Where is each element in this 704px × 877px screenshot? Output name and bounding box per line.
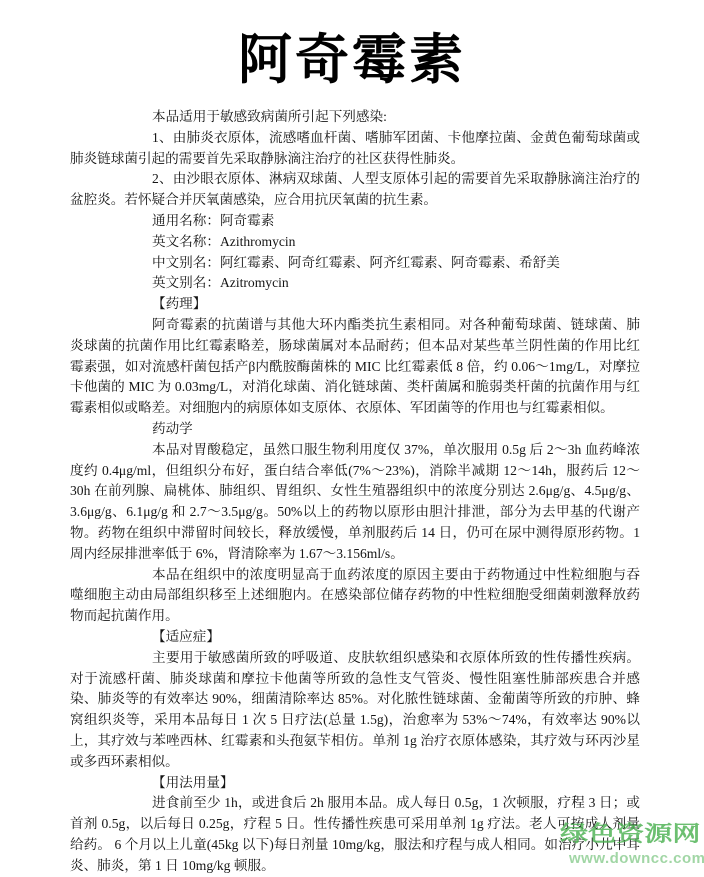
section-header: 【用法用量】 — [70, 773, 640, 794]
paragraph: 进食前至少 1h，或进食后 2h 服用本品。成人每日 0.5g，1 次顿服，疗程… — [70, 793, 640, 876]
list-item-paragraph: 2、由沙眼衣原体、淋病双球菌、人型支原体引起的需要首先采取静脉滴注治疗的盆腔炎。… — [70, 169, 640, 211]
paragraph: 本品在组织中的浓度明显高于血药浓度的原因主要由于药物通过中性粒细胞与吞噬细胞主动… — [70, 565, 640, 627]
paragraph: 主要用于敏感菌所致的呼吸道、皮肤软组织感染和衣原体所致的性传播性疾病。对于流感杆… — [70, 648, 640, 773]
section-header: 【适应症】 — [70, 627, 640, 648]
name-field-line: 中文别名：阿红霉素、阿奇红霉素、阿齐红霉素、阿奇霉素、希舒美 — [70, 253, 640, 274]
document-title: 阿奇霉素 — [0, 0, 704, 96]
paragraph: 阿奇霉素的抗菌谱与其他大环内酯类抗生素相同。对各种葡萄球菌、链球菌、肺炎球菌的抗… — [70, 315, 640, 419]
paragraph: 本品适用于敏感致病菌所引起下列感染: — [70, 107, 640, 128]
sub-header: 药动学 — [70, 419, 640, 440]
body-paragraphs: 本品适用于敏感致病菌所引起下列感染:1、由肺炎衣原体，流感嗜血杆菌、嗜肺军团菌、… — [70, 107, 640, 876]
name-field-line: 英文别名：Azitromycin — [70, 273, 640, 294]
name-field-line: 英文名称：Azithromycin — [70, 232, 640, 253]
section-header: 【药理】 — [70, 294, 640, 315]
name-field-line: 通用名称：阿奇霉素 — [70, 211, 640, 232]
document-page: 阿奇霉素 本品适用于敏感致病菌所引起下列感染:1、由肺炎衣原体，流感嗜血杆菌、嗜… — [0, 0, 704, 877]
paragraph: 本品对胃酸稳定，虽然口服生物利用度仅 37%，单次服用 0.5g 后 2～3h … — [70, 440, 640, 565]
list-item-paragraph: 1、由肺炎衣原体，流感嗜血杆菌、嗜肺军团菌、卡他摩拉菌、金黄色葡萄球菌或肺炎链球… — [70, 128, 640, 170]
